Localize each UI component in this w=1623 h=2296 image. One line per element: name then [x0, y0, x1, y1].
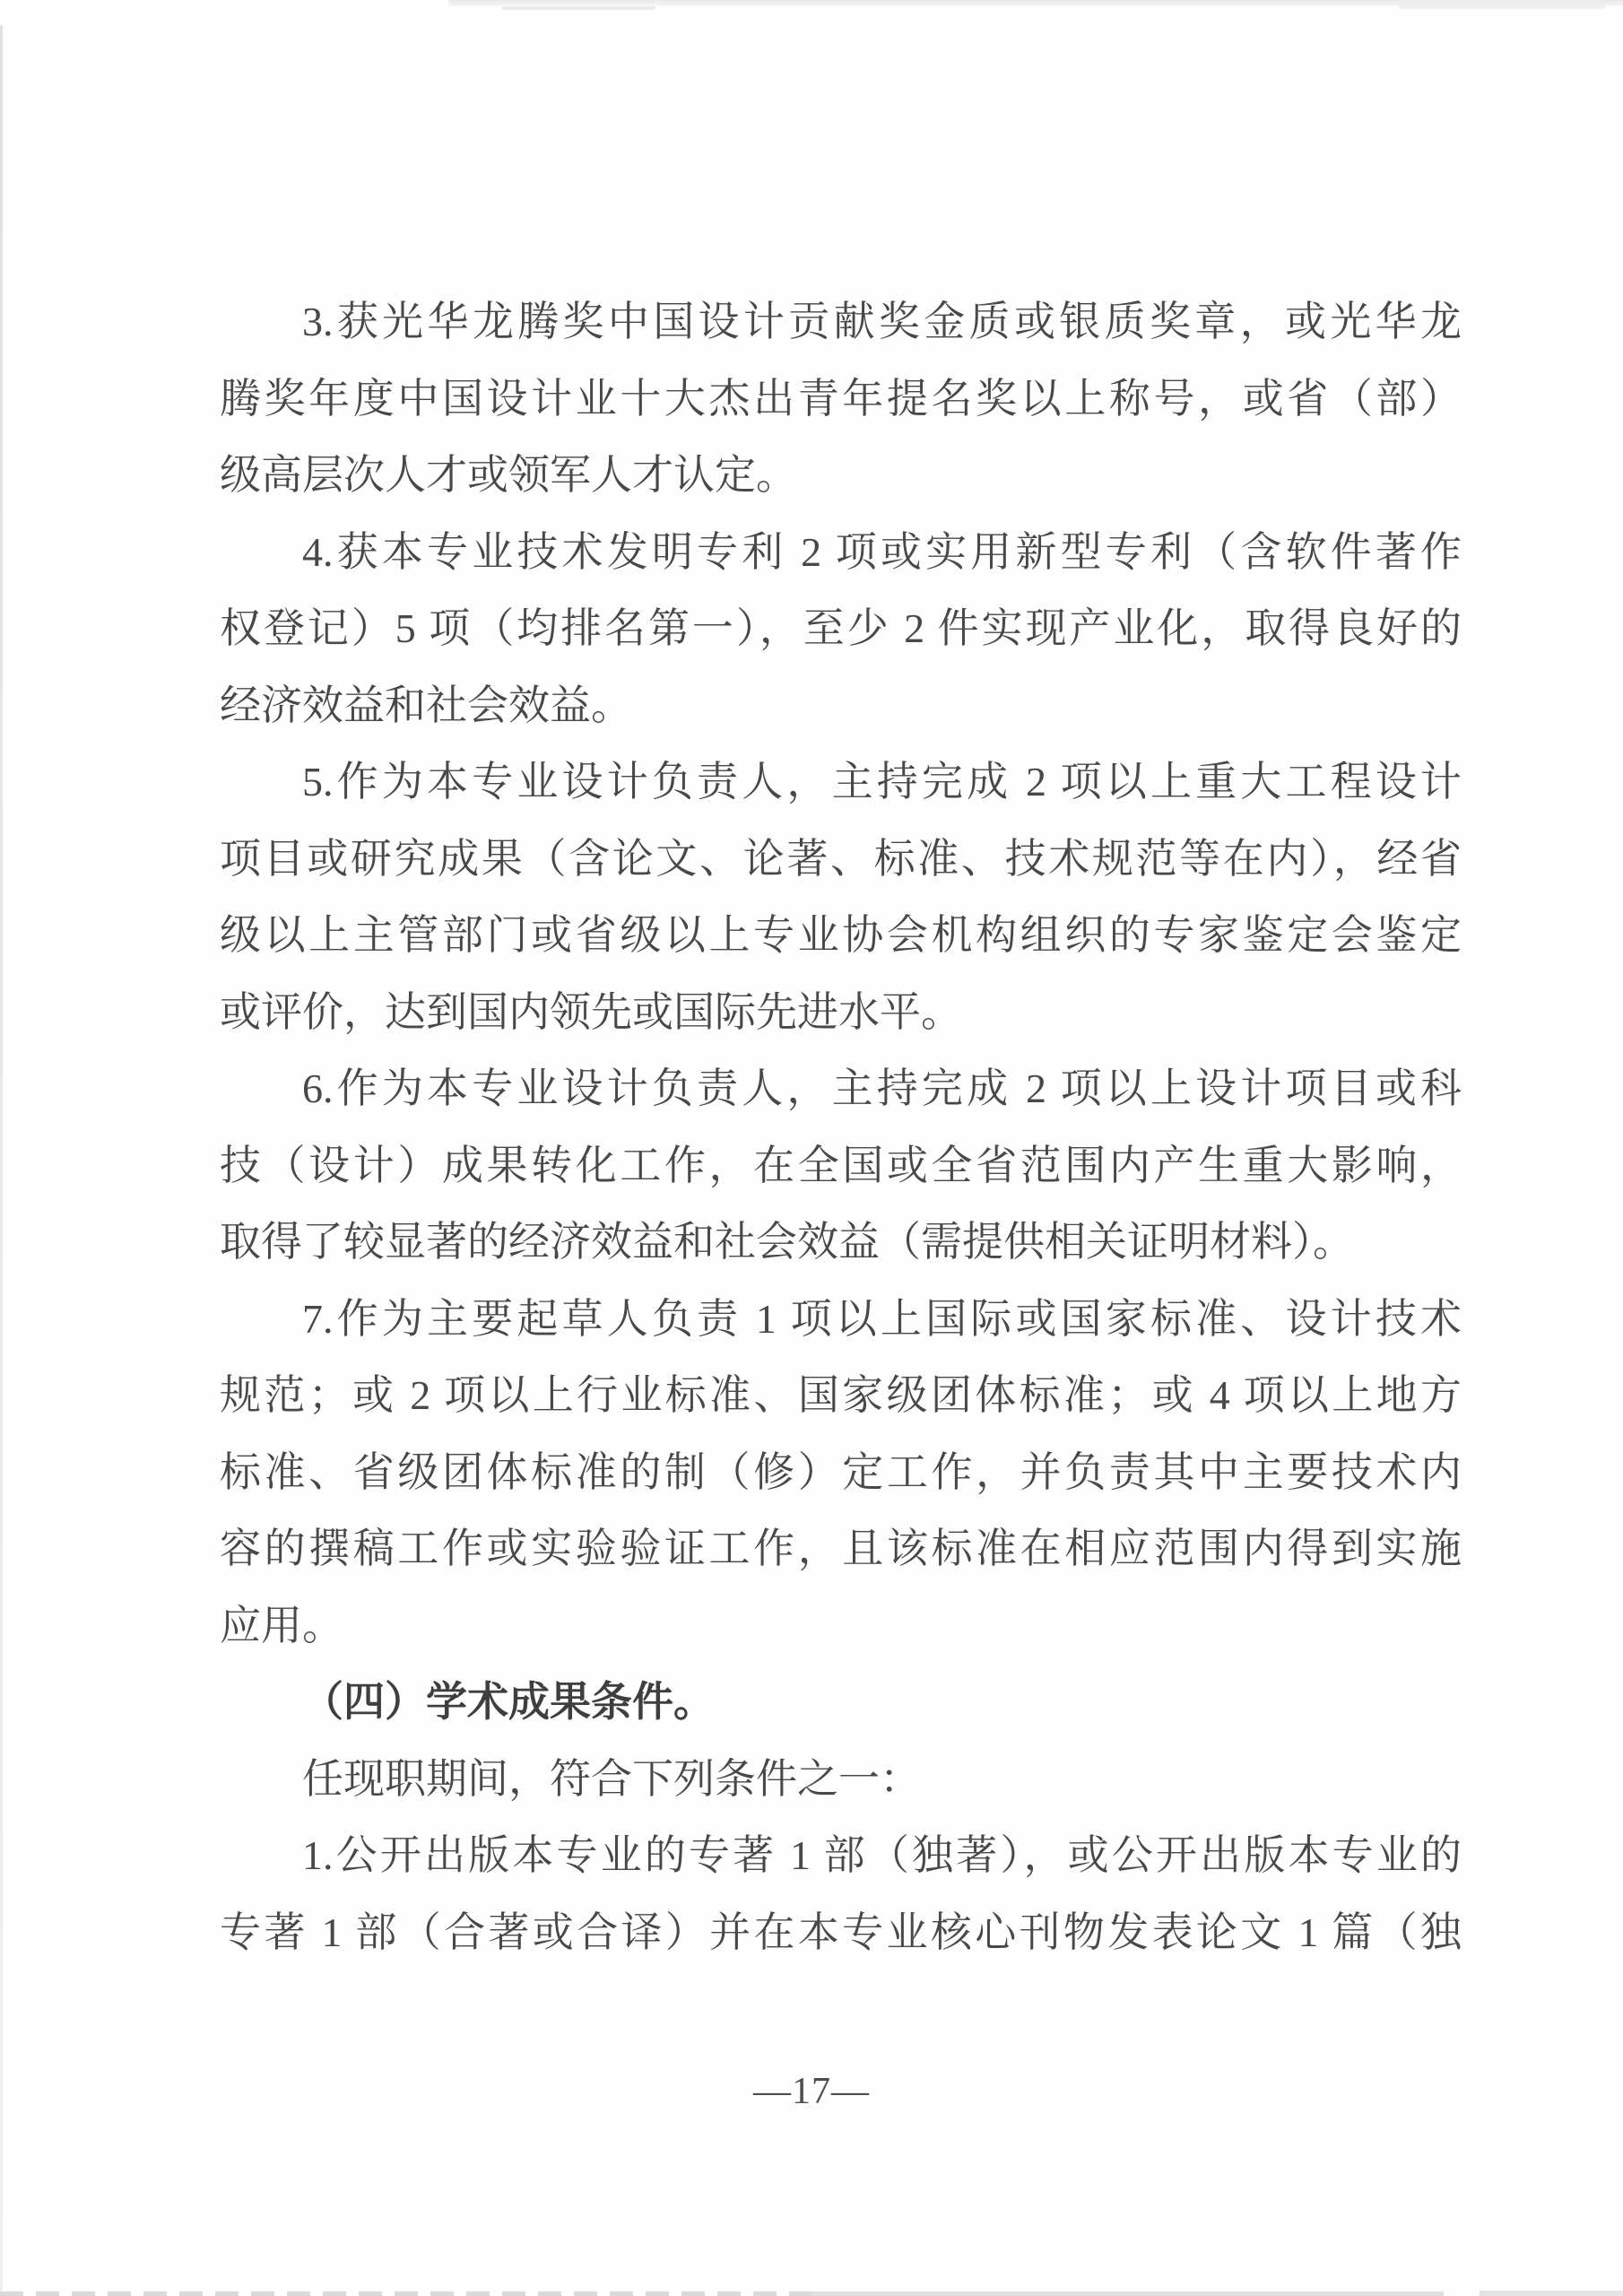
paragraph-section-heading-4: （四）学术成果条件。	[220, 1664, 1462, 1741]
document-body: 3.获光华龙腾奖中国设计贡献奖金质或银质奖章，或光华龙腾奖年度中国设计业十大杰出…	[220, 283, 1462, 1970]
text-line: 权登记）5 项（均排名第一），至少 2 件实现产业化，取得良好的	[220, 590, 1462, 667]
text-line: 级高层次人才或领军人才认定。	[220, 437, 1462, 514]
paragraph-item-6: 6.作为本专业设计负责人，主持完成 2 项以上设计项目或科技（设计）成果转化工作…	[220, 1050, 1462, 1281]
text-line: 专著 1 部（合著或合译）并在本专业核心刊物发表论文 1 篇（独	[220, 1894, 1462, 1971]
text-line: 4.获本专业技术发明专利 2 项或实用新型专利（含软件著作	[220, 514, 1462, 591]
scan-artifact-top-band	[448, 0, 1623, 6]
scan-artifact-bottom-line	[811, 2292, 1444, 2296]
text-line: 项目或研究成果（含论文、论著、标准、技术规范等在内），经省	[220, 821, 1462, 898]
text-line: （四）学术成果条件。	[220, 1664, 1462, 1741]
paragraph-item-3: 3.获光华龙腾奖中国设计贡献奖金质或银质奖章，或光华龙腾奖年度中国设计业十大杰出…	[220, 283, 1462, 514]
text-line: 应用。	[220, 1587, 1462, 1665]
text-line: 级以上主管部门或省级以上专业协会机构组织的专家鉴定会鉴定	[220, 897, 1462, 974]
paragraph-item-1: 1.公开出版本专业的专著 1 部（独著），或公开出版本专业的专著 1 部（合著或…	[220, 1817, 1462, 1970]
paragraph-section-intro: 任现职期间，符合下列条件之一：	[220, 1741, 1462, 1818]
text-line: 1.公开出版本专业的专著 1 部（独著），或公开出版本专业的	[220, 1817, 1462, 1894]
text-line: 6.作为本专业设计负责人，主持完成 2 项以上设计项目或科	[220, 1050, 1462, 1127]
scan-artifact-bottom-dashes	[0, 2292, 811, 2296]
paragraph-item-7: 7.作为主要起草人负责 1 项以上国际或国家标准、设计技术规范；或 2 项以上行…	[220, 1281, 1462, 1665]
scan-artifact-left-edge	[0, 25, 3, 2296]
paragraph-item-4: 4.获本专业技术发明专利 2 项或实用新型专利（含软件著作权登记）5 项（均排名…	[220, 514, 1462, 744]
text-line: 7.作为主要起草人负责 1 项以上国际或国家标准、设计技术	[220, 1281, 1462, 1358]
text-line: 经济效益和社会效益。	[220, 667, 1462, 744]
text-line: 5.作为本专业设计负责人，主持完成 2 项以上重大工程设计	[220, 744, 1462, 821]
document-page: 3.获光华龙腾奖中国设计贡献奖金质或银质奖章，或光华龙腾奖年度中国设计业十大杰出…	[0, 0, 1623, 2296]
scan-artifact-top-dash	[502, 6, 655, 10]
scan-artifact-bottom-line-right	[1480, 2291, 1623, 2296]
text-line: 规范；或 2 项以上行业标准、国家级团体标准；或 4 项以上地方	[220, 1357, 1462, 1434]
text-line: 容的撰稿工作或实验验证工作，且该标准在相应范围内得到实施	[220, 1510, 1462, 1587]
text-line: 腾奖年度中国设计业十大杰出青年提名奖以上称号，或省（部）	[220, 361, 1462, 438]
paragraph-item-5: 5.作为本专业设计负责人，主持完成 2 项以上重大工程设计项目或研究成果（含论文…	[220, 744, 1462, 1050]
text-line: 技（设计）成果转化工作，在全国或全省范围内产生重大影响，	[220, 1127, 1462, 1205]
text-line: 标准、省级团体标准的制（修）定工作，并负责其中主要技术内	[220, 1434, 1462, 1511]
page-number: —17—	[0, 2070, 1623, 2113]
text-line: 3.获光华龙腾奖中国设计贡献奖金质或银质奖章，或光华龙	[220, 283, 1462, 361]
text-line: 取得了较显著的经济效益和社会效益（需提供相关证明材料）。	[220, 1204, 1462, 1281]
scan-artifact-top-dash-right	[1399, 2, 1605, 9]
text-line: 任现职期间，符合下列条件之一：	[220, 1741, 1462, 1818]
text-line: 或评价，达到国内领先或国际先进水平。	[220, 974, 1462, 1051]
